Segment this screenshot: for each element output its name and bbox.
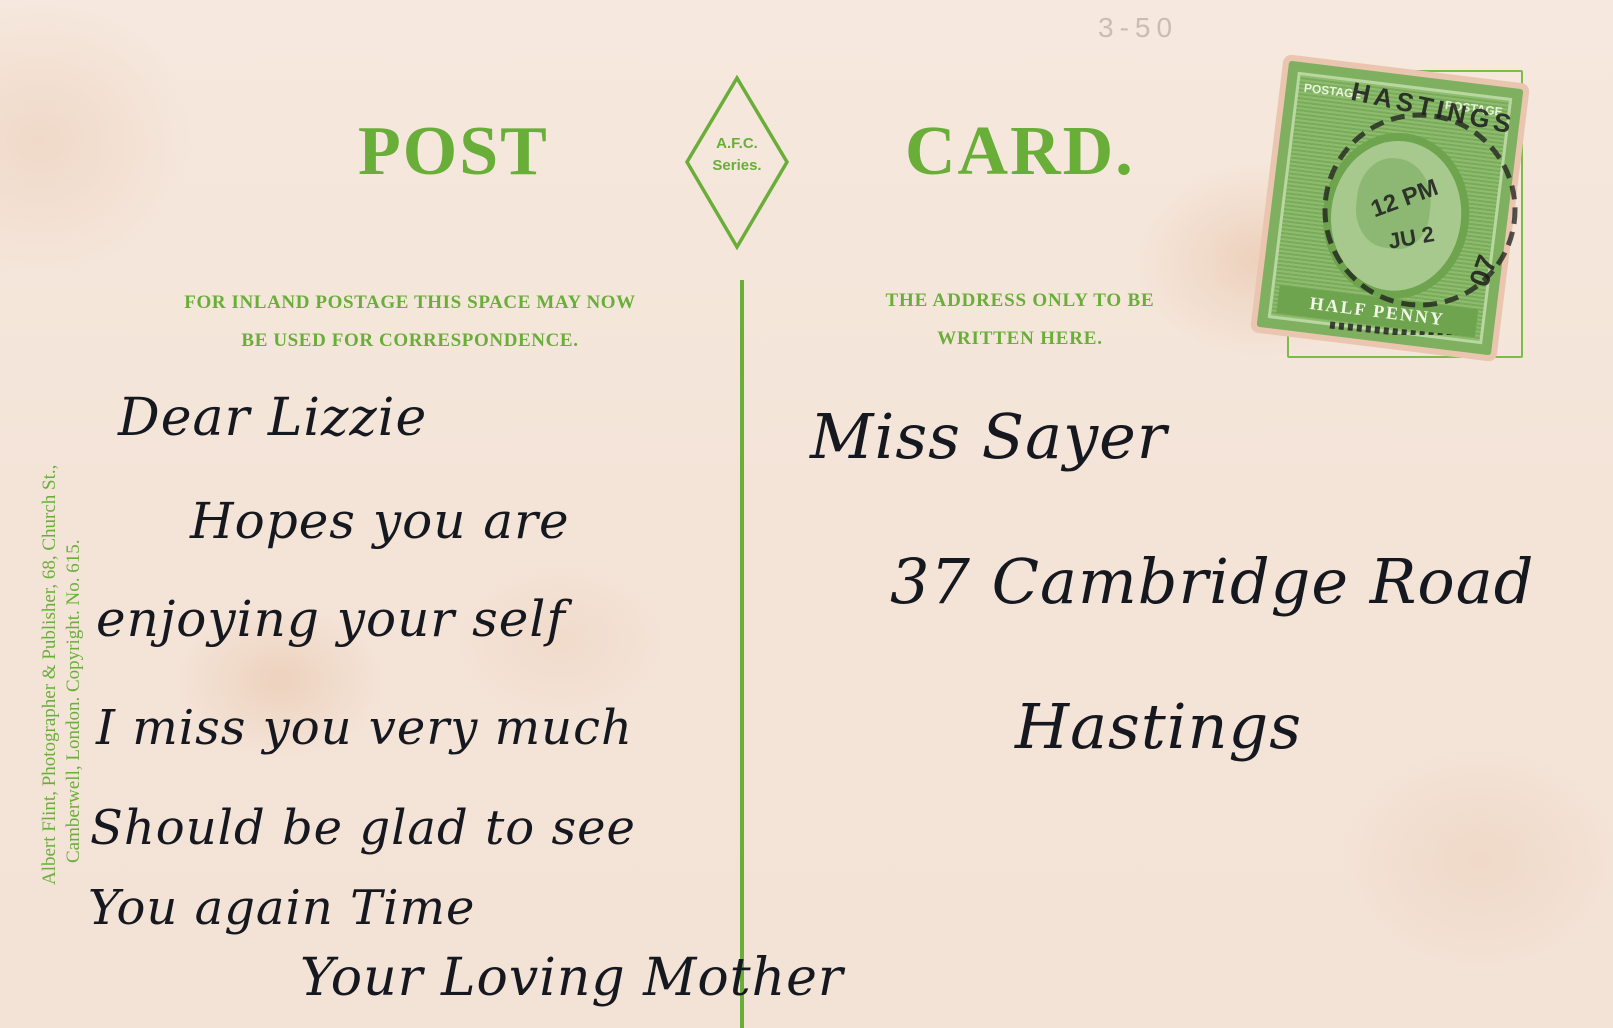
postcard-back: 3-50 POST A.F.C. Series. CARD. FOR INLAN… xyxy=(0,0,1613,1028)
message-line: Hopes you are xyxy=(190,492,570,550)
series-logo-text: A.F.C. Series. xyxy=(684,133,790,177)
series-logo-line2: Series. xyxy=(684,155,790,177)
publisher-imprint-line2: Camberwell, London. Copyright. No. 615. xyxy=(62,225,86,885)
address-notice-line2: WRITTEN HERE. xyxy=(820,320,1220,358)
title-card: CARD. xyxy=(905,112,1135,192)
series-logo-line1: A.F.C. xyxy=(684,133,790,155)
correspondence-notice: FOR INLAND POSTAGE THIS SPACE MAY NOW BE… xyxy=(96,284,724,360)
message-line: I miss you very much xyxy=(96,700,633,756)
address-notice-line1: THE ADDRESS ONLY TO BE xyxy=(820,282,1220,320)
message-signature: Your Loving Mother xyxy=(300,948,844,1008)
message-line: You again Time xyxy=(88,880,475,936)
message-line: Dear Lizzie xyxy=(118,388,427,448)
publisher-imprint-line1: Albert Flint, Photographer & Publisher, … xyxy=(38,225,62,885)
pencil-price-note: 3-50 xyxy=(1098,12,1178,44)
title-post: POST xyxy=(358,112,549,192)
address-line: Hastings xyxy=(1015,690,1302,763)
correspondence-notice-line1: FOR INLAND POSTAGE THIS SPACE MAY NOW xyxy=(96,284,724,322)
center-divider-line xyxy=(740,280,744,1028)
publisher-imprint: Albert Flint, Photographer & Publisher, … xyxy=(38,225,86,885)
message-line: enjoying your self xyxy=(96,590,566,648)
correspondence-notice-line2: BE USED FOR CORRESPONDENCE. xyxy=(96,322,724,360)
half-penny-stamp: POSTAGE POSTAGE HALF PENNY xyxy=(1257,61,1524,356)
message-line: Should be glad to see xyxy=(90,800,636,856)
address-line: Miss Sayer xyxy=(810,400,1167,473)
address-notice: THE ADDRESS ONLY TO BE WRITTEN HERE. xyxy=(820,282,1220,358)
address-line: 37 Cambridge Road xyxy=(890,545,1534,618)
